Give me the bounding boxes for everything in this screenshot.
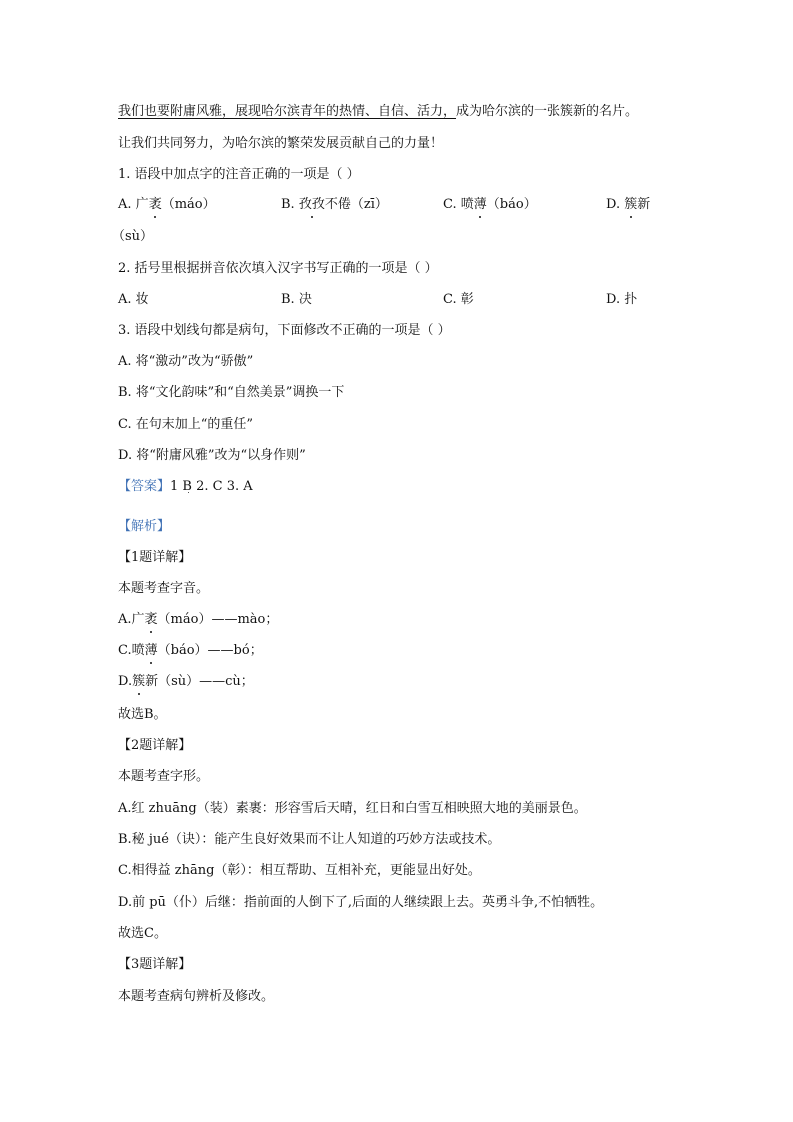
option-c: C. 喷薄（báo）: [443, 196, 537, 214]
option-d: D. 扑: [606, 291, 637, 309]
passage-line-2: 让我们共同努力，为哈尔滨的繁荣发展贡献自己的力量！: [118, 135, 443, 153]
section-2-line: A.红 zhuāng（装）素裹：形容雪后天晴，红日和白雪互相映照大地的美丽景色。: [118, 800, 587, 818]
dotted-char: 孜孜: [299, 196, 325, 214]
dotted-char: 袤: [149, 196, 162, 214]
section-3-line: 本题考查病句辨析及修改。: [118, 988, 274, 1006]
section-1-line: 故选B。: [118, 706, 167, 724]
question-2-options: A. 妆 B. 决 C. 彰 D. 扑: [118, 291, 698, 311]
question-1-stem: 1. 语段中加点字的注音正确的一项是（ ）: [118, 166, 360, 184]
question-3-option-c: C. 在句末加上“的重任”: [118, 416, 253, 434]
section-1-line: 本题考查字音。: [118, 580, 209, 598]
passage-line-1: 我们也要附庸风雅，展现哈尔滨青年的热情、自信、活力，成为哈尔滨的一张簇新的名片。: [118, 103, 638, 121]
option-d: D. 簇新: [606, 196, 650, 214]
section-2-line: B.秘 jué（诀）：能产生良好效果而不让人知道的巧妙方法或技术。: [118, 831, 500, 849]
stray-dot: [188, 492, 189, 493]
option-c: C. 彰: [443, 291, 474, 309]
section-1-line: D.簇新（sù）——cù；: [118, 673, 254, 691]
question-3-option-d: D. 将“附庸风雅”改为“以身作则”: [118, 447, 306, 465]
section-2-line: 故选C。: [118, 925, 167, 943]
question-1-options: A. 广袤（máo） B. 孜孜不倦（zī） C. 喷薄（báo） D. 簇新: [118, 196, 698, 216]
question-3-option-b: B. 将“文化韵味”和“自然美景”调换一下: [118, 384, 344, 402]
section-2-title: 【2题详解】: [118, 737, 191, 755]
option-a: A. 妆: [118, 291, 149, 309]
underlined-sentence: 我们也要附庸风雅，展现哈尔滨青年的热情、自信、活力，: [118, 104, 456, 119]
dotted-char: 簇: [132, 673, 145, 691]
dotted-char: 薄: [145, 642, 158, 660]
section-2-line: D.前 pū（仆）后继：指前面的人倒下了,后面的人继续跟上去。英勇斗争,不怕牺牲…: [118, 894, 603, 912]
passage-text: 成为哈尔滨的一张簇新的名片。: [456, 104, 638, 119]
section-2-line: 本题考查字形。: [118, 768, 209, 786]
section-1-line: A.广袤（máo）——mào；: [118, 611, 278, 629]
answer-label: 【答案】: [118, 479, 170, 494]
section-1-line: C.喷薄（báo）——bó；: [118, 642, 263, 660]
question-2-stem: 2. 括号里根据拼音依次填入汉字书写正确的一项是（ ）: [118, 260, 438, 278]
dotted-char: 薄: [474, 196, 487, 214]
question-3-option-a: A. 将“激动”改为“骄傲”: [118, 353, 253, 371]
answer-line: 【答案】1 B 2. C 3. A: [118, 478, 253, 496]
section-2-line: C.相得益 zhāng（彰）：相互帮助、互相补充，更能显出好处。: [118, 862, 481, 880]
section-3-title: 【3题详解】: [118, 956, 191, 974]
question-3-stem: 3. 语段中划线句都是病句，下面修改不正确的一项是（ ）: [118, 322, 451, 340]
option-b: B. 孜孜不倦（zī）: [281, 196, 388, 214]
dotted-char: 簇: [624, 196, 637, 214]
option-d-wrap: （sù）: [112, 228, 153, 246]
analysis-label: 【解析】: [118, 518, 170, 536]
dotted-char: 袤: [145, 611, 158, 629]
option-a: A. 广袤（máo）: [118, 196, 216, 214]
option-b: B. 决: [281, 291, 312, 309]
answer-text: 1 B 2. C 3. A: [170, 479, 253, 494]
section-1-title: 【1题详解】: [118, 549, 191, 567]
